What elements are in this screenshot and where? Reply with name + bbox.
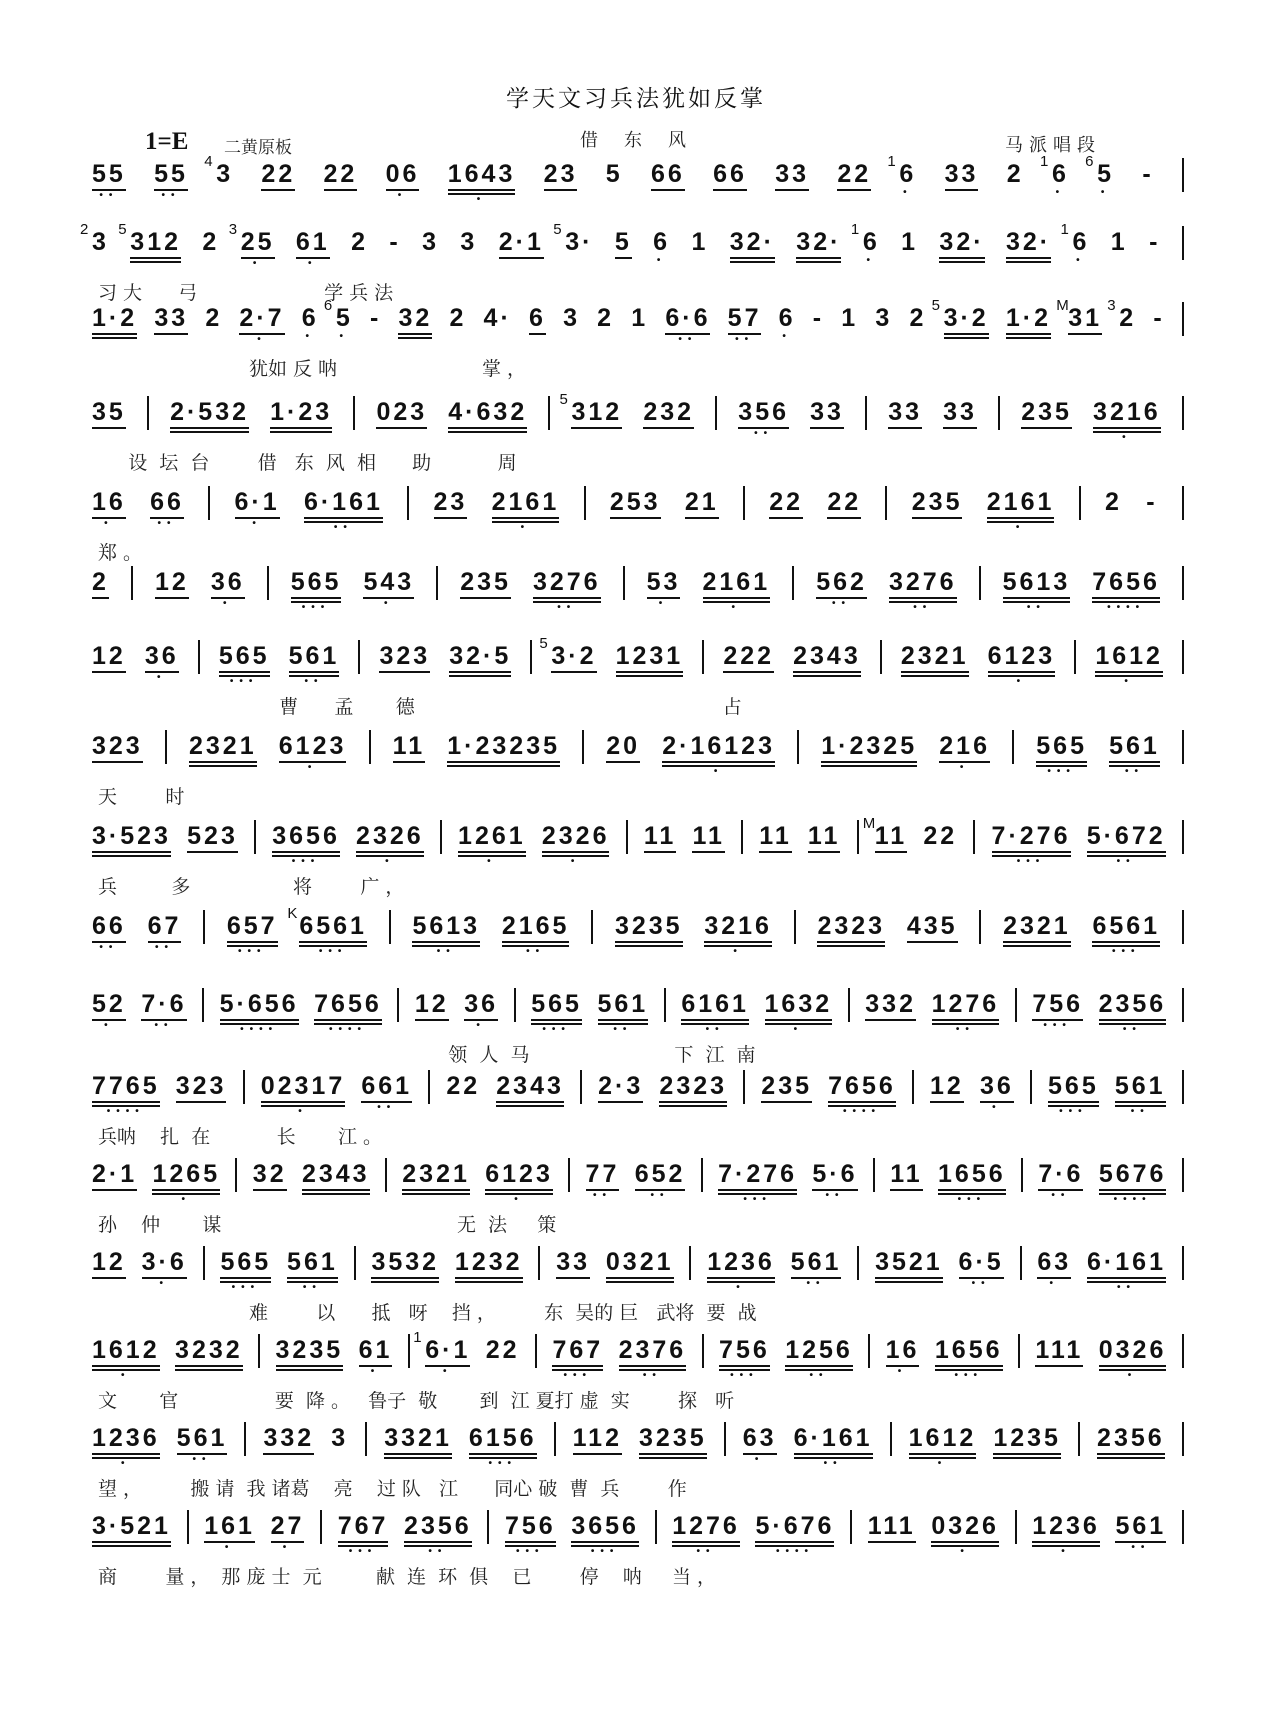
note-group: 23: [544, 160, 578, 191]
lyric-line: 文 官 要 降 。 鲁子 敬 到 江 夏打 虚 实 探 听: [98, 1386, 1184, 1413]
beam-underline: [713, 189, 747, 191]
note-digits: 2161: [703, 568, 771, 596]
note-digits: 22: [261, 160, 295, 188]
note-group: 27•: [271, 1512, 305, 1552]
note-group: 33: [775, 160, 809, 191]
barline: [147, 396, 149, 430]
note-group: 5613••: [412, 912, 480, 956]
grace-note: 1: [887, 148, 895, 176]
note-digits: -: [1146, 488, 1157, 516]
beam-underline: [988, 671, 1056, 673]
note-digits: -: [1142, 160, 1153, 188]
note-group: 1·2: [92, 304, 137, 339]
note-digits: 21: [685, 488, 719, 516]
note-digits: 6561K: [299, 912, 367, 940]
lower-octave-dots: •: [1050, 1280, 1060, 1288]
beam-underline: [1087, 851, 1166, 853]
note-digits: 1235: [993, 1424, 1061, 1452]
barline: [530, 640, 532, 674]
note-group: 7656••••: [314, 990, 382, 1034]
note-group: 565•••: [1036, 732, 1087, 776]
note-digits: 7·276: [718, 1160, 797, 1188]
barline: [848, 988, 850, 1022]
barline: [1078, 1422, 1080, 1456]
barline: [582, 730, 584, 764]
lower-octave-dots: ••: [1051, 1192, 1070, 1200]
note-group: 112: [573, 1424, 622, 1455]
note-digits: 56: [1097, 160, 1114, 188]
note-digits: 2·1: [92, 1160, 137, 1188]
beam-underline: [901, 675, 969, 677]
note-digits: 1: [841, 304, 858, 332]
note-group: 21: [685, 488, 719, 519]
note-group: 111: [868, 1512, 916, 1543]
beam-underline: [170, 431, 249, 433]
barline: [890, 1422, 892, 1456]
beam-underline: [189, 765, 257, 767]
beam-underline: [1093, 427, 1161, 429]
barline: [203, 1246, 205, 1280]
barline: [1182, 396, 1184, 430]
note-digits: 61: [899, 160, 916, 188]
beam-underline: [615, 945, 683, 947]
note-digits: 16: [92, 488, 126, 516]
barline: [358, 640, 360, 674]
lower-octave-dots: ••: [706, 1026, 725, 1034]
note-digits: 11: [759, 822, 791, 850]
note-group: 1612•: [1095, 642, 1163, 686]
beam-underline: [987, 517, 1055, 519]
barline: [267, 566, 269, 600]
beam-underline: [219, 671, 270, 673]
beam-underline: [379, 671, 430, 673]
note-digits: 11M: [875, 822, 907, 850]
note-group: 55••: [92, 160, 126, 200]
note-digits: 63: [743, 1424, 777, 1452]
note-digits: 1276: [672, 1512, 740, 1540]
beam-underline: [449, 671, 511, 673]
note-digits: 1: [631, 304, 648, 332]
note-digits: 6·161: [1087, 1248, 1166, 1276]
note-digits: 32: [253, 1160, 287, 1188]
beam-underline: [152, 1189, 220, 1191]
barline: [244, 1422, 246, 1456]
lower-octave-dots: •••: [1112, 948, 1141, 956]
note-digits: 3125: [571, 398, 622, 426]
note-group: 3232: [175, 1336, 243, 1371]
note-digits: 3656: [272, 822, 340, 850]
note-digits: 12: [155, 568, 189, 596]
note-digits: 6156: [469, 1424, 537, 1452]
lower-octave-dots: •: [159, 1280, 169, 1288]
beam-underline: [1097, 1457, 1165, 1459]
note-digits: 36: [464, 990, 498, 1018]
lower-octave-dots: ••: [613, 1026, 632, 1034]
note-digits: 6123: [485, 1160, 553, 1188]
beam-underline: [888, 427, 922, 429]
note-digits: 3: [563, 304, 580, 332]
note-digits: 6·6: [665, 304, 710, 332]
note-group: 1: [691, 228, 708, 256]
barline: [235, 1158, 237, 1192]
note-group: 561••: [1115, 1072, 1166, 1116]
beam-underline: [448, 189, 516, 191]
note-digits: 3·25: [944, 304, 989, 332]
lower-octave-dots: ••••: [329, 1026, 367, 1034]
note-group: 562••: [816, 568, 867, 608]
beam-underline: [616, 675, 684, 677]
beam-underline: [1092, 941, 1160, 943]
note-digits: 0326: [931, 1512, 999, 1540]
barline: [591, 910, 593, 944]
note-digits: 2326: [356, 822, 424, 850]
note-group: 33: [943, 398, 977, 429]
lower-octave-dots: •: [571, 858, 581, 866]
note-group: 36•: [464, 990, 498, 1030]
beam-underline: [393, 761, 425, 763]
note-group: 323: [176, 1072, 227, 1103]
note-group: 023: [376, 398, 427, 429]
note-digits: 2321: [901, 642, 969, 670]
note-digits: 7·6: [141, 990, 186, 1018]
note-group: 222: [723, 642, 774, 673]
lyric-line: 望 ， 搬 请 我 诸葛 亮 过 队 江 同心 破 曹 兵 作: [98, 1474, 1184, 1501]
note-group: 2343: [496, 1072, 564, 1107]
lower-octave-dots: •: [398, 192, 408, 200]
note-digits: 332: [263, 1424, 314, 1452]
note-group: 66••: [92, 912, 126, 952]
lower-octave-dots: •: [121, 1460, 131, 1468]
note-digits: 216: [939, 732, 990, 760]
beam-underline: [92, 1189, 137, 1191]
note-group: 3: [331, 1424, 348, 1452]
lower-octave-dots: •: [938, 1460, 948, 1468]
beam-underline: [931, 1541, 999, 1543]
lower-octave-dots: •••: [230, 678, 259, 686]
beam-underline: [944, 337, 989, 339]
note-group: 12: [155, 568, 189, 599]
note-group: 565•••: [531, 990, 582, 1034]
note-group: 6·6••: [665, 304, 710, 344]
note-digits: 33: [556, 1248, 590, 1276]
staff-row: 66••67••657•••6561K•••5613••2165••323532…: [92, 912, 1184, 946]
note-digits: 356: [738, 398, 789, 426]
note-group: 543•: [363, 568, 414, 608]
beam-underline: [821, 761, 917, 763]
beam-underline: [448, 431, 527, 433]
barline: [1182, 1158, 1184, 1192]
beam-underline: [449, 675, 511, 677]
lower-octave-dots: •: [733, 948, 743, 956]
note-group: 35: [92, 398, 126, 429]
beam-underline: [932, 1019, 1000, 1021]
note-group: 7765••••: [92, 1072, 160, 1116]
barline: [1020, 1246, 1022, 1280]
note-digits: 561: [177, 1424, 228, 1452]
note-digits: 6: [302, 304, 319, 332]
lower-octave-dots: •: [1016, 524, 1026, 532]
note-digits: 32·: [1006, 228, 1051, 256]
note-digits: 756: [1032, 990, 1083, 1018]
beam-underline: [685, 517, 719, 519]
note-group: 61•: [1052, 160, 1069, 197]
lyric-line: 难 以 抵 呀 挡 ， 东 吴的 巨 武将 要 战: [98, 1298, 1184, 1325]
lower-octave-dots: ••: [809, 1372, 828, 1380]
note-group: 756•••: [1032, 990, 1083, 1030]
beam-underline: [793, 671, 861, 673]
lower-octave-dots: ••: [678, 336, 697, 344]
note-digits: 33: [945, 160, 979, 188]
beam-underline: [272, 851, 340, 853]
note-digits: 1236: [707, 1248, 775, 1276]
beam-underline: [338, 1541, 389, 1543]
note-group: 235: [761, 1072, 812, 1103]
beam-underline: [92, 427, 126, 429]
note-group: 61•: [899, 160, 916, 197]
beam-underline: [1003, 597, 1071, 599]
note-digits: 2161: [987, 488, 1055, 516]
lower-octave-dots: ••: [643, 1372, 662, 1380]
note-digits: 33: [888, 398, 922, 426]
beam-underline: [302, 1189, 370, 1191]
lower-octave-dots: •••: [488, 1460, 517, 1468]
note-group: 216•: [939, 732, 990, 772]
barline: [1182, 730, 1184, 764]
note-digits: 22: [769, 488, 803, 516]
lower-octave-dots: •: [476, 1022, 486, 1030]
lower-octave-dots: •: [443, 1368, 453, 1376]
note-group: 53•: [647, 568, 681, 608]
note-digits: 562: [816, 568, 867, 596]
note-digits: 1: [691, 228, 708, 256]
note-group: 36•: [211, 568, 245, 608]
note-digits: 1·23235: [447, 732, 560, 760]
note-group: 3: [563, 304, 580, 332]
barline: [254, 820, 256, 854]
note-digits: 2·16123: [662, 732, 775, 760]
note-digits: 3: [460, 228, 477, 256]
barline: [187, 1510, 189, 1544]
note-digits: 3656: [571, 1512, 639, 1540]
lower-octave-dots: ••: [807, 1280, 826, 1288]
note-group: 2161•: [703, 568, 771, 612]
lower-octave-dots: •: [157, 674, 167, 682]
staff-row: 7765••••32302317•661••2223432·3232323576…: [92, 1072, 1184, 1106]
note-group: 66: [713, 160, 747, 191]
note-digits: 561: [287, 1248, 338, 1276]
note-digits: 2323: [659, 1072, 727, 1100]
score-title: 学天文习兵法犹如反掌: [0, 80, 1272, 113]
beam-underline: [314, 1019, 382, 1021]
note-digits: 767: [338, 1512, 389, 1540]
beam-underline: [499, 257, 544, 259]
note-group: 2161•: [987, 488, 1055, 532]
note-digits: 0326: [1099, 1336, 1167, 1364]
beam-underline: [759, 851, 791, 853]
beam-underline: [92, 337, 137, 339]
note-digits: 22: [837, 160, 871, 188]
lower-octave-dots: ••: [956, 1026, 975, 1034]
barline: [1182, 1246, 1184, 1280]
beam-underline: [615, 941, 683, 943]
barline: [741, 820, 743, 854]
note-digits: 756: [505, 1512, 556, 1540]
barline: [1182, 820, 1184, 854]
grace-note: K: [287, 900, 297, 928]
note-group: 6123•: [279, 732, 347, 772]
note-digits: 22: [923, 822, 957, 850]
note-group: 323: [379, 642, 430, 673]
grace-note: 1: [413, 1324, 421, 1352]
note-digits: 3: [422, 228, 439, 256]
note-digits: 7656: [828, 1072, 896, 1100]
beam-underline: [92, 597, 109, 599]
note-group: 11: [644, 822, 676, 853]
note-group: 565•••: [219, 642, 270, 686]
note-group: 1: [901, 228, 918, 256]
note-group: -: [1146, 488, 1157, 516]
barline: [973, 820, 975, 854]
barline: [664, 988, 666, 1022]
lower-octave-dots: ••: [99, 192, 118, 200]
lyric-line: 曹 孟 德 占: [98, 692, 1184, 719]
note-digits: 56: [336, 304, 353, 332]
note-group: 652••: [635, 1160, 686, 1200]
beam-underline: [175, 1365, 243, 1367]
note-group: 756•••: [719, 1336, 770, 1380]
beam-underline: [1006, 333, 1051, 335]
beam-underline: [993, 1453, 1061, 1455]
beam-underline: [643, 427, 694, 429]
note-group: 57••: [728, 304, 762, 344]
beam-underline: [448, 427, 527, 429]
note-digits: 61: [1052, 160, 1069, 188]
beam-underline: [1099, 1189, 1167, 1191]
note-group: 2376••: [619, 1336, 687, 1380]
note-digits: 33: [154, 304, 188, 332]
lower-octave-dots: •: [253, 260, 263, 268]
note-group: 11: [692, 822, 724, 853]
note-group: 55••: [154, 160, 188, 200]
note-group: 235: [1021, 398, 1072, 429]
note-group: 36•: [980, 1072, 1014, 1112]
note-digits: 7656: [314, 990, 382, 1018]
beam-underline: [384, 1457, 452, 1459]
beam-underline: [992, 851, 1071, 853]
lower-octave-dots: ••: [377, 1104, 396, 1112]
barline: [792, 566, 794, 600]
beam-underline: [92, 761, 143, 763]
beam-underline: [371, 1277, 439, 1279]
lyric-line: 设 坛 台 借 东 风 相 助 周: [98, 448, 1184, 475]
note-digits: 6·161: [794, 1424, 873, 1452]
note-digits: 32·5: [449, 642, 511, 670]
beam-underline: [796, 261, 841, 263]
barline: [857, 1246, 859, 1280]
lower-octave-dots: ••: [913, 604, 932, 612]
beam-underline: [935, 1365, 1003, 1367]
note-group: 12: [92, 1248, 126, 1279]
beam-underline: [92, 671, 126, 673]
lower-octave-dots: •: [257, 336, 267, 344]
beam-underline: [531, 1019, 582, 1021]
note-digits: 565: [1048, 1072, 1099, 1100]
barline: [857, 820, 859, 854]
note-digits: 12: [92, 1248, 126, 1276]
note-group: 61•: [863, 228, 880, 265]
lower-octave-dots: •: [867, 257, 877, 265]
note-group: 3521: [875, 1248, 943, 1283]
note-group: 767•••: [338, 1512, 389, 1556]
beam-underline: [639, 1457, 707, 1459]
note-group: 2356••: [1099, 990, 1167, 1034]
note-digits: 33: [775, 160, 809, 188]
beam-underline: [875, 851, 907, 853]
note-digits: 3·521: [92, 1512, 171, 1540]
beam-underline: [496, 1101, 564, 1103]
note-group: 20: [606, 732, 640, 763]
lower-octave-dots: •: [385, 858, 395, 866]
note-group: 1236•: [707, 1248, 775, 1292]
beam-underline: [644, 851, 676, 853]
grace-note: 1: [1060, 216, 1068, 244]
note-group: 11: [393, 732, 425, 763]
beam-underline: [598, 1101, 643, 1103]
lower-octave-dots: •••: [516, 1548, 545, 1556]
note-digits: 53: [647, 568, 681, 596]
note-group: 1612•: [92, 1336, 160, 1380]
beam-underline: [189, 761, 257, 763]
barline: [1182, 1070, 1184, 1104]
beam-underline: [496, 1105, 564, 1107]
note-group: 32: [253, 1160, 287, 1191]
barline: [1182, 640, 1184, 674]
lower-octave-dots: ••: [428, 1548, 447, 1556]
barline: [208, 486, 210, 520]
lower-octave-dots: ••: [334, 524, 353, 532]
staff-row: 3·521161•27•767•••2356••756•••3656•••127…: [92, 1512, 1184, 1546]
note-group: 3235: [639, 1424, 707, 1459]
barline: [715, 396, 717, 430]
beam-underline: [662, 761, 775, 763]
note-digits: 3521: [875, 1248, 943, 1276]
beam-underline: [938, 1189, 1006, 1191]
lower-octave-dots: •••: [542, 1026, 571, 1034]
lyric-line: 兵 多 将 广 ，: [98, 872, 1184, 899]
note-group: 12: [930, 1072, 964, 1103]
note-group: 2323: [659, 1072, 727, 1107]
lyric-line: 习 大 弓 学 兵 法: [98, 278, 1184, 305]
lower-octave-dots: ••: [832, 600, 851, 608]
beam-underline: [492, 517, 560, 519]
note-group: 561••: [177, 1424, 228, 1464]
note-group: 16•: [886, 1336, 920, 1376]
note-digits: 565: [219, 642, 270, 670]
lower-octave-dots: ••: [1125, 768, 1144, 776]
note-group: 657•••: [227, 912, 278, 956]
note-digits: 1231: [616, 642, 684, 670]
note-digits: -: [1153, 304, 1164, 332]
note-group: 561••: [1109, 732, 1160, 776]
note-digits: 561: [289, 642, 340, 670]
note-digits: 2: [1007, 160, 1024, 188]
note-digits: 3·5: [565, 228, 593, 256]
note-group: 22: [324, 160, 358, 191]
note-digits: 11: [393, 732, 425, 760]
beam-underline: [1035, 1365, 1083, 1367]
note-group: 3276••: [533, 568, 601, 612]
lower-octave-dots: •••: [232, 1284, 261, 1292]
